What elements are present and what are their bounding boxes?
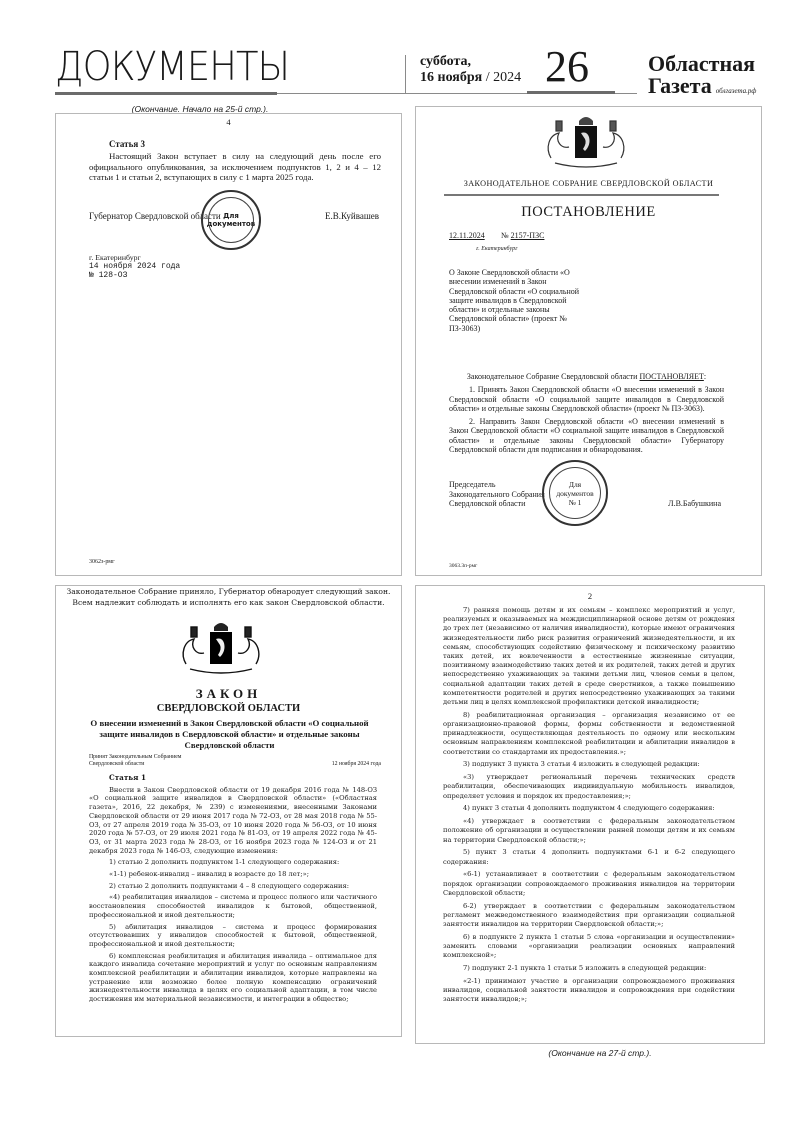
city: г. Екатеринбург — [476, 246, 517, 252]
law-paragraph: 7) подпункт 2-1 пункта 1 статьи 5 изложи… — [443, 964, 735, 973]
resolution-item: 2. Направить Закон Свердловской области … — [449, 417, 724, 454]
section-title: ДОКУМЕНТЫ — [55, 47, 289, 87]
law-subject: О внесении изменений в Закон Свердловско… — [76, 718, 383, 751]
brand-site: облгазета.рф — [716, 87, 757, 95]
date: 16 ноября — [420, 70, 482, 85]
brand-line1: Областная — [648, 53, 756, 75]
document-law-end: 4 Статья 3 Настоящий Закон вступает в си… — [55, 113, 402, 576]
stamp-text: № 1 — [556, 498, 593, 507]
adopted-date: 12 ноября 2024 года — [332, 761, 381, 767]
footer-code: 3062з-рмг — [89, 559, 115, 565]
chair-line: Свердловской области — [449, 499, 545, 509]
law-preamble: Законодательное Собрание приняло, Губерн… — [56, 587, 401, 608]
number-label: № — [501, 231, 509, 240]
chair-title: Председатель Законодательного Собрания С… — [449, 480, 545, 509]
article-heading: Статья 3 — [109, 139, 145, 149]
law-date-number: 14 ноября 2024 года № 128-ОЗ — [89, 262, 180, 280]
resolves-prefix: Законодательное Собрание Свердловской об… — [467, 372, 640, 381]
date-divider — [405, 55, 406, 93]
masthead: ДОКУМЕНТЫ суббота, 16 ноября / 2024 26 О… — [0, 0, 800, 100]
law-number: № 128-ОЗ — [89, 271, 180, 280]
law-paragraph: «4) утверждает в соответствии с федераль… — [443, 817, 735, 845]
document-resolution: ЗАКОНОДАТЕЛЬНОЕ СОБРАНИЕ СВЕРДЛОВСКОЙ ОБ… — [415, 106, 762, 576]
law-paragraph: 7) ранняя помощь детям и их семьям – ком… — [443, 606, 735, 707]
continuation-note-bottom: (Окончание на 27-й стр.). — [410, 1048, 790, 1058]
article-text: Настоящий Закон вступает в силу на следу… — [89, 151, 381, 183]
resolves-word: ПОСТАНОВЛЯЕТ — [639, 372, 703, 381]
adopted-line: Принят Законодательным Собранием — [89, 754, 181, 761]
adopted-by: Принят Законодательным Собранием Свердло… — [89, 754, 181, 768]
doc-page-number: 2 — [416, 591, 764, 601]
law-paragraph: «4) реабилитация инвалидов – система и п… — [89, 893, 377, 919]
doc-page-number: 4 — [56, 117, 401, 127]
stamp-text: документов — [556, 489, 593, 498]
adopted-line: Свердловской области — [89, 761, 181, 768]
law-paragraph: «6-1) устанавливает в соответствии с фед… — [443, 870, 735, 898]
chair-name: Л.В.Бабушкина — [668, 499, 721, 508]
issue-date: суббота, 16 ноября / 2024 — [420, 54, 521, 86]
coat-of-arms-icon — [541, 113, 631, 169]
footer-code: 3063.3п-рмг — [449, 563, 477, 569]
stamp-text: Для — [207, 212, 255, 220]
city: г. Екатеринбург — [89, 253, 141, 262]
assembly-name: ЗАКОНОДАТЕЛЬНОЕ СОБРАНИЕ СВЕРДЛОВСКОЙ ОБ… — [416, 179, 761, 188]
law-paragraph: «1-1) ребенок-инвалид – инвалид в возрас… — [89, 870, 377, 879]
chair-line: Председатель — [449, 480, 545, 490]
stamp-text: документов — [207, 220, 255, 228]
law-region: СВЕРДЛОВСКОЙ ОБЛАСТИ — [56, 703, 401, 714]
resolution-no: 2157-ПЗС — [511, 231, 557, 240]
weekday: суббота, — [420, 54, 521, 70]
page-number-rule — [527, 91, 615, 94]
stamp-text: Для — [556, 480, 593, 489]
document-law-page-2: 2 7) ранняя помощь детям и их семьям – к… — [415, 585, 765, 1044]
resolution-title: ПОСТАНОВЛЕНИЕ — [416, 204, 761, 221]
brand-line2: Газета — [648, 73, 712, 98]
law-paragraph: 8) реабилитационная организация – органи… — [443, 711, 735, 757]
coat-of-arms-icon — [176, 619, 266, 675]
signer-name: Е.В.Куйвашев — [325, 211, 379, 221]
seal-stamp-icon: Для документов № 1 — [542, 460, 608, 526]
seal-stamp-icon: Длядокументов — [201, 190, 261, 250]
assembly-rule — [444, 194, 719, 196]
page-number: 26 — [545, 45, 589, 89]
law-paragraph: «2-1) принимают участие в организации со… — [443, 977, 735, 1005]
law-paragraph: 5) пункт 3 статьи 4 дополнить подпунктам… — [443, 848, 735, 866]
preamble-line: Всем надлежит соблюдать и исполнять его … — [56, 598, 401, 609]
resolution-item: 1. Принять Закон Свердловской области «О… — [449, 385, 724, 413]
law-paragraph: «3) утверждает региональный перечень тех… — [443, 773, 735, 801]
law-paragraph: 1) статью 2 дополнить подпунктом 1-1 сле… — [89, 858, 377, 867]
law-paragraph: Внести в Закон Свердловской области от 1… — [89, 786, 377, 856]
chair-line: Законодательного Собрания — [449, 490, 545, 500]
law-title: ЗАКОН — [56, 686, 401, 702]
article-heading: Статья 1 — [109, 774, 377, 783]
section-rule — [55, 92, 277, 95]
resolution-number: 12.11.2024 № 2157-ПЗС — [449, 231, 557, 240]
resolves-suffix: : — [704, 372, 706, 381]
law-paragraph: 5) абилитация инвалидов – система и проц… — [89, 923, 377, 949]
law-paragraph: 4) пункт 3 статьи 4 дополнить подпунктом… — [443, 804, 735, 813]
document-law-start: Законодательное Собрание приняло, Губерн… — [55, 585, 402, 1037]
law-paragraph: 2) статью 2 дополнить подпунктами 4 – 8 … — [89, 882, 377, 891]
law-date: 14 ноября 2024 года — [89, 262, 180, 271]
law-body: 7) ранняя помощь детям и их семьям – ком… — [443, 606, 735, 1008]
preamble-line: Законодательное Собрание приняло, Губерн… — [56, 587, 401, 598]
resolution-body: Законодательное Собрание Свердловской об… — [449, 372, 724, 458]
law-paragraph: 6) комплексная реабилитация и абилитация… — [89, 952, 377, 1004]
law-body: Статья 1 Внести в Закон Свердловской обл… — [89, 774, 377, 1007]
year: / 2024 — [486, 70, 521, 85]
resolution-subject: О Законе Свердловской области «О внесени… — [449, 268, 589, 333]
law-paragraph: 6-2) утверждает в соответствии с федерал… — [443, 902, 735, 930]
resolution-date: 12.11.2024 — [449, 231, 499, 240]
law-paragraph: 3) подпункт 3 пункта 3 статьи 4 изложить… — [443, 760, 735, 769]
law-paragraph: 6) в подпункте 2 пункта 1 статьи 5 слова… — [443, 933, 735, 961]
newspaper-logo: Областная Газетаоблгазета.рф — [648, 53, 756, 102]
